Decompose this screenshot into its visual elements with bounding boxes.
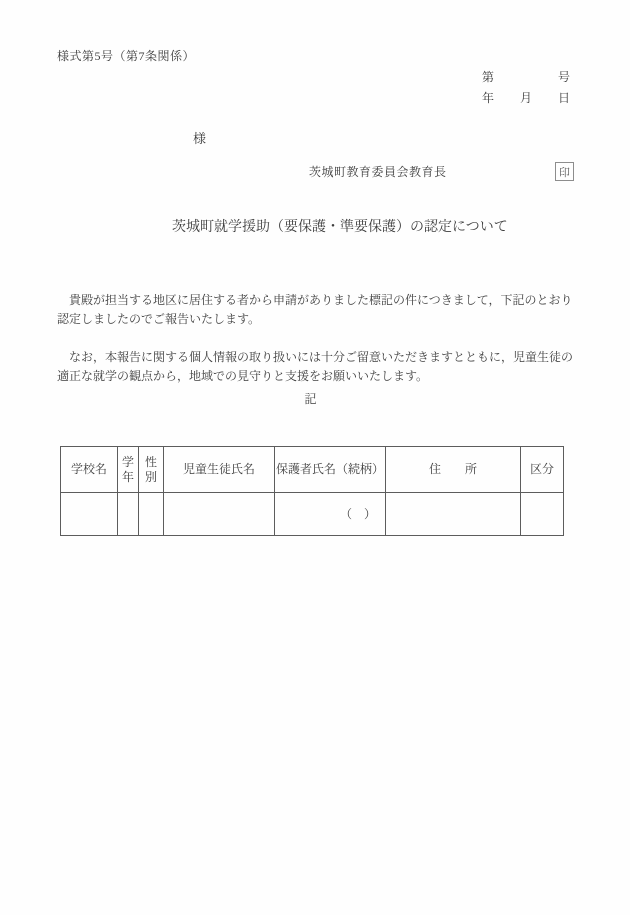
certification-table: 学校名 学 年 性 別 児童生徒氏名 保護者氏名（続柄） 住 所 区分 （ ） [60, 446, 564, 536]
doc-number-block: 第 号 年 月 日 [482, 67, 570, 109]
form-number-label: 様式第5号（第7条関係） [57, 47, 195, 64]
date-day-label: 日 [558, 88, 570, 109]
addressee-honorific: 様 [193, 128, 206, 147]
body-paragraph-1: 貴殿が担当する地区に居住する者から申請がありました標記の件につきまして，下記のと… [57, 291, 579, 329]
table-header-category: 区分 [521, 447, 564, 493]
date-year-label: 年 [482, 88, 494, 109]
sender-title: 茨城町教育委員会教育長 [309, 163, 447, 180]
body-text-block: 貴殿が担当する地区に居住する者から申請がありました標記の件につきまして，下記のと… [57, 272, 579, 405]
seal-stamp-box: 印 [555, 162, 574, 181]
table-header-guardian-name: 保護者氏名（続柄） [275, 447, 386, 493]
table-header-row: 学校名 学 年 性 別 児童生徒氏名 保護者氏名（続柄） 住 所 区分 [61, 447, 564, 493]
date-line: 年 月 日 [482, 88, 570, 109]
table-header-address: 住 所 [386, 447, 521, 493]
date-month-label: 月 [520, 88, 532, 109]
cell-guardian-name: （ ） [275, 493, 386, 536]
cell-sex [139, 493, 164, 536]
cell-category [521, 493, 564, 536]
cell-grade [118, 493, 139, 536]
table-header-grade: 学 年 [118, 447, 139, 493]
seal-mark: 印 [559, 164, 570, 180]
table-header-student-name: 児童生徒氏名 [164, 447, 275, 493]
body-paragraph-2: なお，本報告に関する個人情報の取り扱いには十分ご留意いただきますとともに，児童生… [57, 348, 579, 386]
cell-school [61, 493, 118, 536]
table-header-school: 学校名 [61, 447, 118, 493]
doc-number-suffix: 号 [558, 67, 570, 88]
doc-number-prefix: 第 [482, 67, 494, 88]
doc-number-line: 第 号 [482, 67, 570, 88]
table-row: （ ） [61, 493, 564, 536]
document-page: 様式第5号（第7条関係） 第 号 年 月 日 様 茨城町教育委員会教育長 印 茨… [0, 0, 630, 915]
document-title: 茨城町就学援助（要保護・準要保護）の認定について [172, 216, 508, 236]
cell-address [386, 493, 521, 536]
record-marker: 記 [57, 390, 564, 407]
cell-student-name [164, 493, 275, 536]
table-header-sex: 性 別 [139, 447, 164, 493]
